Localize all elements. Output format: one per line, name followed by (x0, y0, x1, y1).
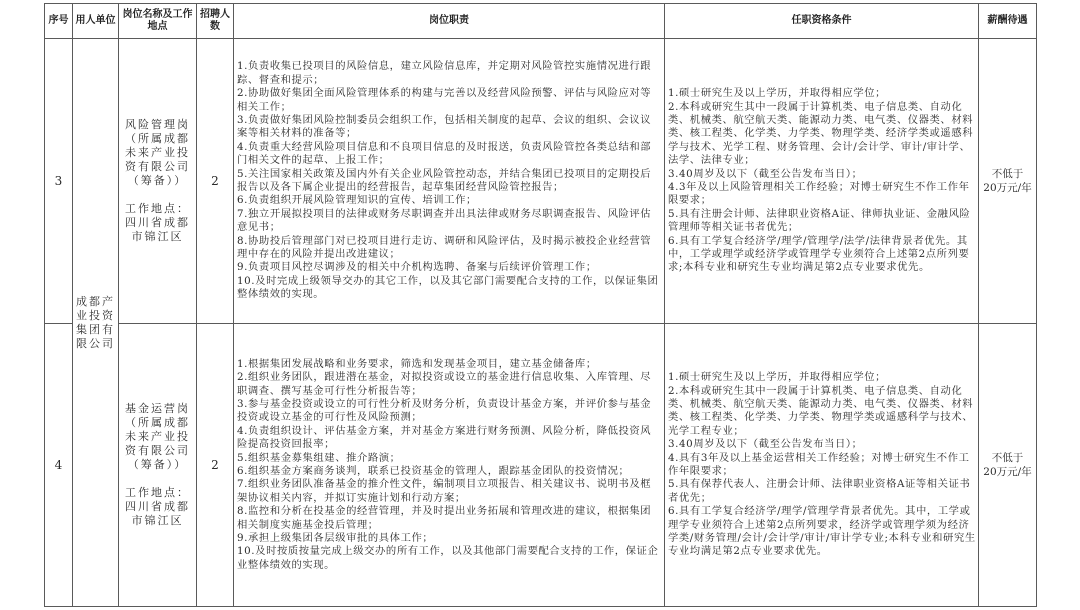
duties-list: 1.负责收集已投项目的风险信息，建立风险信息库，并定期对风险管控实施情况进行跟踪… (234, 60, 664, 301)
qualification-item: 6.具有工学复合经济学/理学/管理学背景者优先。其中，工学或理学专业须符合上述第… (668, 505, 976, 559)
table-row: 4 基金运营岗 （所属成都 未来产业投 资有限公司 （筹备）） 工作地点： 四川… (45, 324, 1037, 607)
salary-cell: 不低于 20万元/年 (979, 324, 1037, 607)
duty-item: 3.负责做好集团风险控制委员会组织工作，包括相关制度的起草、会议的组织、会议议案… (237, 114, 662, 141)
qualification-item: 2.本科或研究生其中一段属于计算机类、电子信息类、自动化类、机械类、航空航天类、… (668, 385, 976, 439)
headcount: 2 (197, 39, 234, 324)
qualification-item: 4.3年及以上风险管理相关工作经验；对博士研究生不作工作年限要求； (668, 181, 976, 208)
duties-list: 1.根据集团发展战略和业务要求，筛选和发现基金项目，建立基金储备库； 2.组织业… (234, 358, 664, 573)
table-row: 3 成都产 业投资 集团有 限公司 风险管理岗 （所属成都 未来产业投 资有限公… (45, 39, 1037, 324)
duty-item: 10.及时完成上级领导交办的其它工作，以及其它部门需要配合支持的工作，以保证集团… (237, 275, 662, 302)
duty-item: 8.协助投后管理部门对已投项目进行走访、调研和风险评估，及时揭示被投企业经营管理… (237, 235, 662, 262)
qualification-item: 2.本科或研究生其中一段属于计算机类、电子信息类、自动化类、机械类、航空航天类、… (668, 101, 976, 168)
qualification-item: 4.具有3年及以上基金运营相关工作经验；对博士研究生不作工作年限要求； (668, 452, 976, 479)
qualifications-cell: 1.硕士研究生及以上学历，并取得相应学位； 2.本科或研究生其中一段属于计算机类… (665, 324, 979, 607)
row-index: 4 (45, 324, 73, 607)
duty-item: 4.负责重大经营风险项目信息和不良项目信息的及时报送，负责风险管控各类总结和部门… (237, 141, 662, 168)
duty-item: 6.组织基金方案商务谈判，联系已投资基金的管理人，跟踪基金团队的投资情况； (237, 465, 662, 478)
headcount: 2 (197, 324, 234, 607)
header-qualifications: 任职资格条件 (665, 4, 979, 39)
header-duties: 岗位职责 (234, 4, 665, 39)
salary: 不低于 20万元/年 (979, 451, 1036, 479)
duty-item: 3.参与基金投资或设立的可行性分析及财务分析，负责设计基金方案，并评价参与基金投… (237, 398, 662, 425)
header-position-location: 岗位名称及工作地点 (119, 4, 197, 39)
header-employer: 用人单位 (73, 4, 119, 39)
duty-item: 10.及时按质按量完成上级交办的所有工作，以及其他部门需要配合支持的工作，保证企… (237, 545, 662, 572)
row-index: 3 (45, 39, 73, 324)
duty-item: 6.负责组织开展风险管理知识的宣传、培训工作； (237, 194, 662, 207)
salary: 不低于 20万元/年 (979, 167, 1036, 195)
qualification-item: 6.具有工学复合经济学/理学/管理学/法学/法律背景者优先。其中，工学或理学或经… (668, 235, 976, 275)
position-name: 基金运营岗 （所属成都 未来产业投 资有限公司 （筹备）） 工作地点： 四川省成… (119, 402, 196, 528)
header-row: 序号 用人单位 岗位名称及工作地点 招聘人数 岗位职责 任职资格条件 薪酬待遇 (45, 4, 1037, 39)
duties-cell: 1.根据集团发展战略和业务要求，筛选和发现基金项目，建立基金储备库； 2.组织业… (234, 324, 665, 607)
qualification-item: 5.具有保荐代表人、注册会计师、法律职业资格A证等相关证书者优先； (668, 478, 976, 505)
qualification-item: 1.硕士研究生及以上学历，并取得相应学位； (668, 371, 976, 384)
duty-item: 5.关注国家相关政策及国内外有关企业风险管控动态，并结合集团已投项目的定期投后报… (237, 168, 662, 195)
header-headcount: 招聘人数 (197, 4, 234, 39)
header-salary: 薪酬待遇 (979, 4, 1037, 39)
qualifications-cell: 1.硕士研究生及以上学历，并取得相应学位； 2.本科或研究生其中一段属于计算机类… (665, 39, 979, 324)
employer-cell: 成都产 业投资 集团有 限公司 (73, 39, 119, 607)
duty-item: 9.负责项目风控尽调涉及的相关中介机构选聘、备案与后续评价管理工作； (237, 261, 662, 274)
salary-cell: 不低于 20万元/年 (979, 39, 1037, 324)
employer-name: 成都产 业投资 集团有 限公司 (73, 295, 118, 351)
position-cell: 基金运营岗 （所属成都 未来产业投 资有限公司 （筹备）） 工作地点： 四川省成… (119, 324, 197, 607)
duty-item: 7.组织业务团队准备基金的推介性文件，编制项目立项报告、相关建议书、说明书及框架… (237, 478, 662, 505)
position-name: 风险管理岗 （所属成都 未来产业投 资有限公司 （筹备）） 工作地点： 四川省成… (119, 118, 196, 244)
header-index: 序号 (45, 4, 73, 39)
qualification-item: 1.硕士研究生及以上学历，并取得相应学位； (668, 87, 976, 100)
duty-item: 2.协助做好集团全面风险管理体系的构建与完善以及经营风险预警、评估与风险应对等相… (237, 87, 662, 114)
duty-item: 4.负责组织设计、评估基金方案，并对基金方案进行财务预测、风险分析，降低投资风险… (237, 425, 662, 452)
qualification-item: 3.40周岁及以下（截至公告发布当日）； (668, 438, 976, 451)
qualification-item: 3.40周岁及以下（截至公告发布当日）； (668, 168, 976, 181)
duty-item: 1.根据集团发展战略和业务要求，筛选和发现基金项目，建立基金储备库； (237, 358, 662, 371)
duty-item: 1.负责收集已投项目的风险信息，建立风险信息库，并定期对风险管控实施情况进行跟踪… (237, 60, 662, 87)
position-cell: 风险管理岗 （所属成都 未来产业投 资有限公司 （筹备）） 工作地点： 四川省成… (119, 39, 197, 324)
work-location: 工作地点： (123, 202, 192, 216)
qualification-item: 5.具有注册会计师、法律职业资格A证、律师执业证、金融风险管理师等相关证书者优先… (668, 208, 976, 235)
duty-item: 2.组织业务团队，跟进潜在基金，对拟投资或设立的基金进行信息收集、入库管理、尽职… (237, 371, 662, 398)
work-location: 工作地点： (123, 486, 192, 500)
duties-cell: 1.负责收集已投项目的风险信息，建立风险信息库，并定期对风险管控实施情况进行跟踪… (234, 39, 665, 324)
qualifications-list: 1.硕士研究生及以上学历，并取得相应学位； 2.本科或研究生其中一段属于计算机类… (665, 371, 978, 559)
duty-item: 9.承担上级集团各层级审批的具体工作； (237, 532, 662, 545)
recruitment-table: 序号 用人单位 岗位名称及工作地点 招聘人数 岗位职责 任职资格条件 薪酬待遇 … (44, 3, 1037, 607)
duty-item: 5.组织基金募集组建、推介路演； (237, 452, 662, 465)
duty-item: 7.独立开展拟投项目的法律或财务尽职调查并出具法律或财务尽职调查报告、风险评估意… (237, 208, 662, 235)
qualifications-list: 1.硕士研究生及以上学历，并取得相应学位； 2.本科或研究生其中一段属于计算机类… (665, 87, 978, 275)
duty-item: 8.监控和分析在投基金的经营管理，并及时提出业务拓展和管理改进的建议，根据集团相… (237, 505, 662, 532)
